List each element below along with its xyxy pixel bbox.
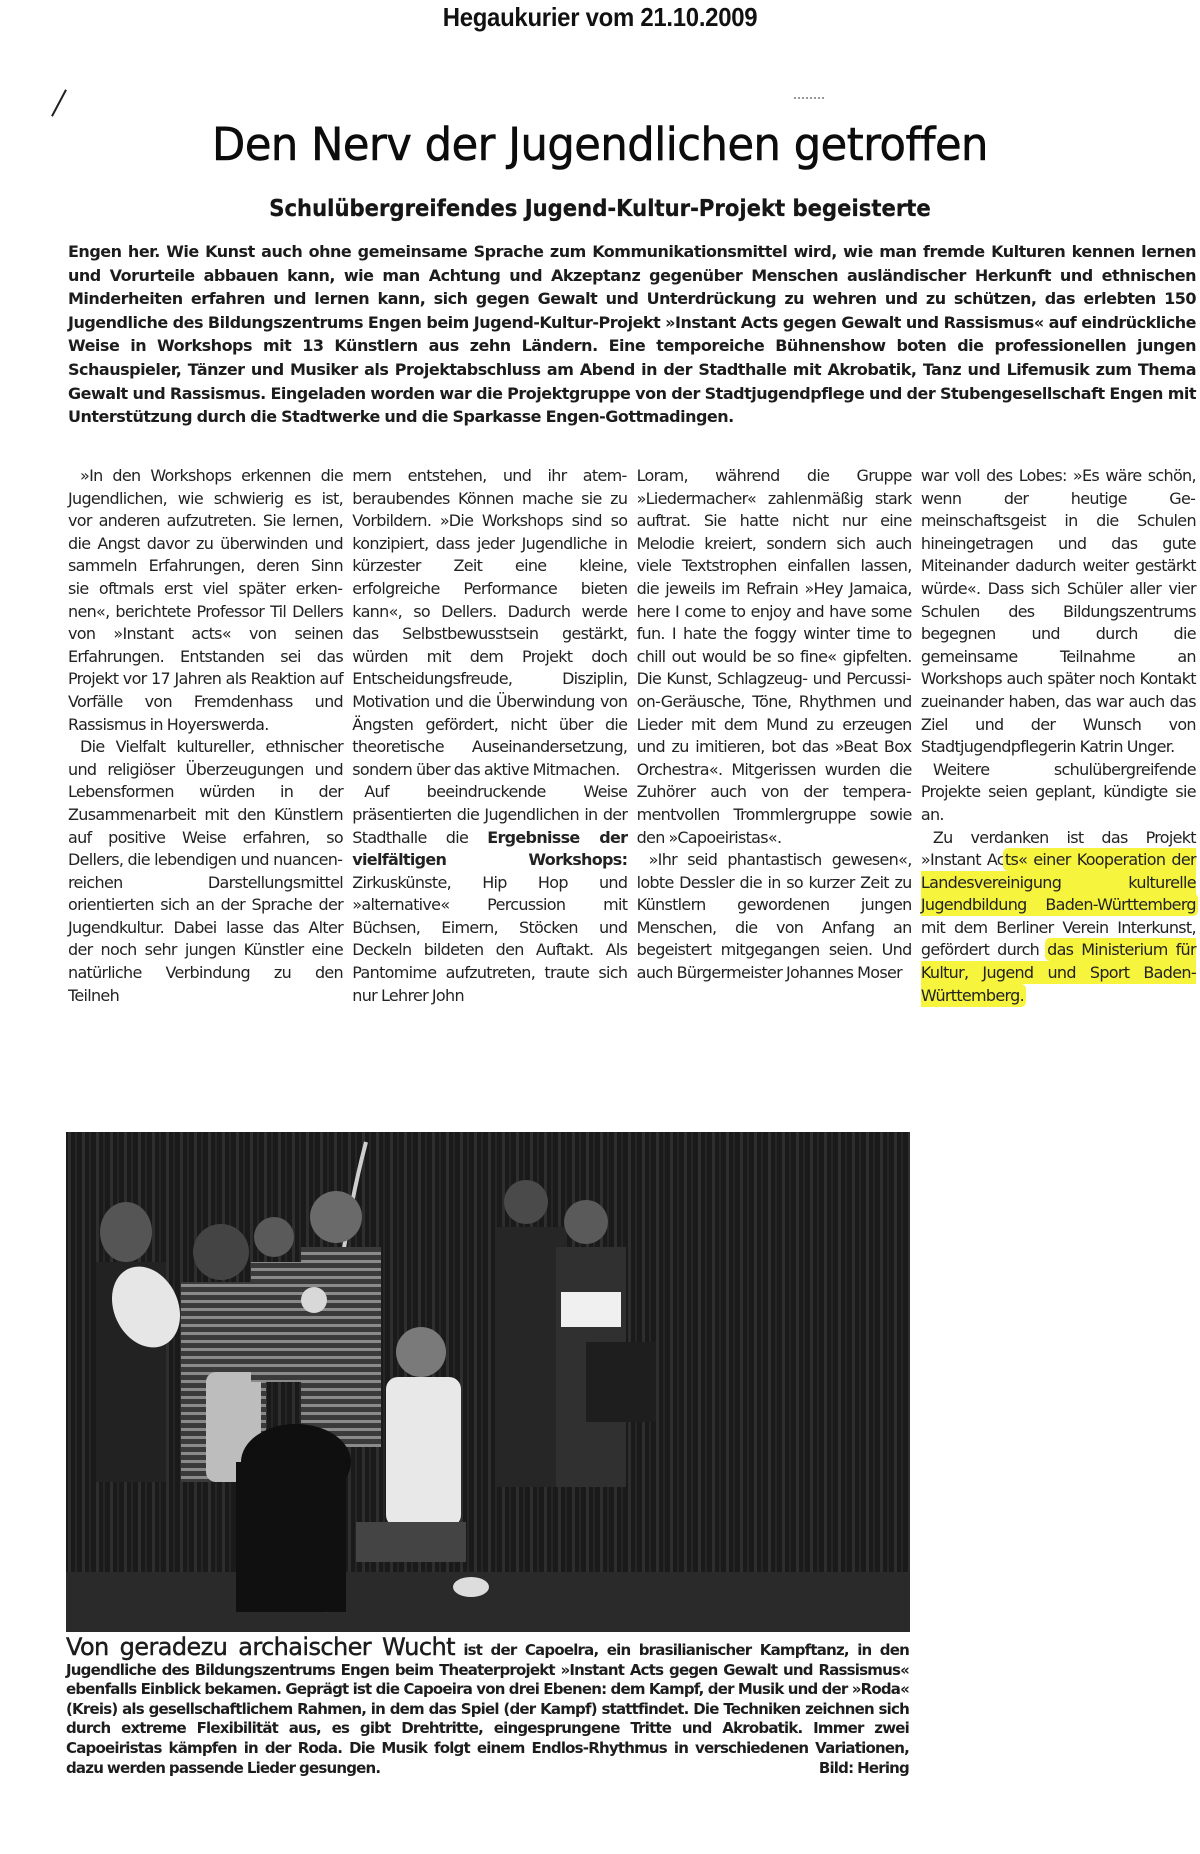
caption-text: ist der Capoelra, ein brasilianischer Ka… (66, 1641, 909, 1777)
article-column-4: war voll des Lobes: »Es wäre schön, wenn… (921, 465, 1196, 1130)
capoeira-performance-photo (66, 1132, 910, 1632)
article-column-1: »In den Workshops erkennen die Jugendlic… (68, 465, 343, 1130)
paragraph: Die Vielfalt kultureller, ethni­scher un… (68, 736, 343, 1007)
caption-lead: Von geradezu archaischer Wucht (66, 1633, 455, 1661)
article-lead-paragraph: Engen her. Wie Kunst auch ohne gemeinsam… (68, 240, 1196, 429)
paragraph: Auf beeindruckende Weise präsentierten d… (352, 781, 627, 1007)
scan-artifact (794, 97, 824, 99)
paragraph: »Ihr seid phantastisch gewe­sen«, lobte … (637, 849, 912, 985)
photo-illustration (66, 1132, 910, 1632)
article-column-3: Loram, während die Gruppe »Liedermacher«… (637, 465, 912, 1130)
pen-slash-mark (51, 89, 67, 116)
paragraph: Zu verdanken ist das Projekt »Instant Ac… (921, 827, 1196, 1008)
photo-caption: Von geradezu archaischer Wucht ist der C… (66, 1638, 909, 1778)
paragraph: Loram, während die Gruppe »Liedermacher«… (637, 465, 912, 849)
article-subheadline: Schulübergreifendes Jugend-Kultur-Projek… (48, 196, 1152, 222)
paragraph: Weitere schulübergreifende Projekte seie… (921, 759, 1196, 827)
paragraph: »In den Workshops erkennen die Jugendlic… (68, 465, 343, 736)
paragraph: war voll des Lobes: »Es wäre schön, wenn… (921, 465, 1196, 759)
article-column-2: mern entstehen, und ihr atem­beraubendes… (352, 465, 627, 1130)
photo-credit: Bild: Hering (819, 1759, 909, 1779)
text-run: Zirkuskünste, Hip Hop und »alternative« … (352, 873, 627, 1005)
article-headline: Den Nerv der Jugendlichen getroffen (24, 118, 1176, 171)
source-header: Hegaukurier vom 21.10.2009 (48, 2, 1152, 33)
paragraph: mern entstehen, und ihr atem­beraubendes… (352, 465, 627, 781)
article-body-columns: »In den Workshops erkennen die Jugendlic… (68, 465, 1196, 1130)
